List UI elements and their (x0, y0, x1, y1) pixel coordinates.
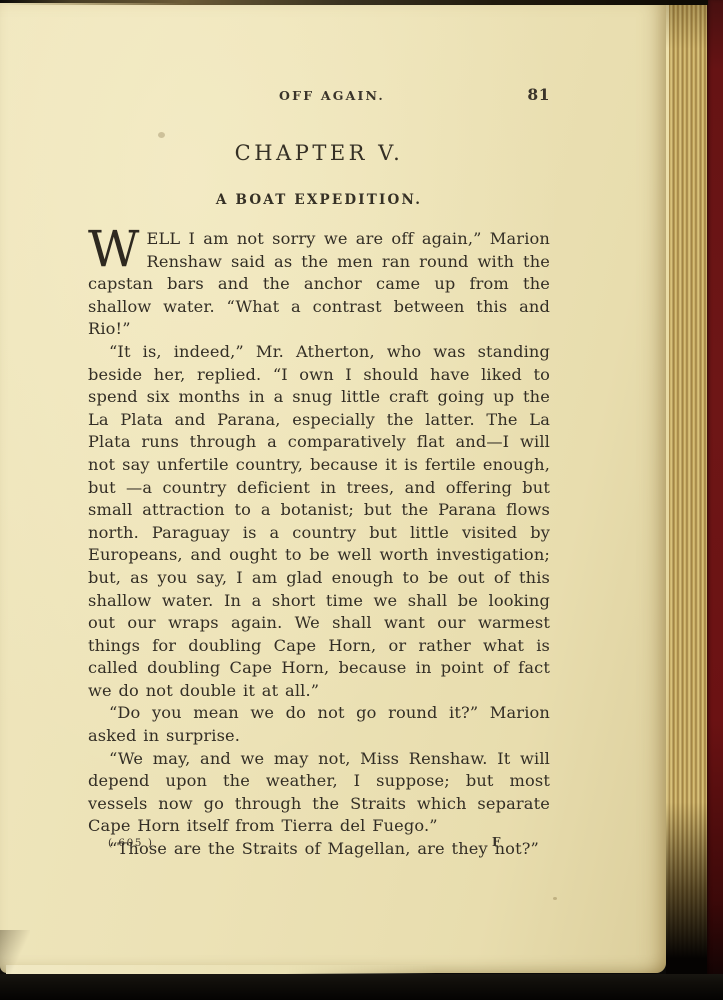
book-photo: OFF AGAIN. 81 CHAPTER V. A BOAT EXPEDITI… (0, 0, 723, 1000)
paragraph-3: “Do you mean we do not go round it?” Mar… (88, 702, 550, 747)
press-mark: ( 605 ) (108, 837, 153, 849)
chapter-heading: CHAPTER V. (88, 141, 550, 165)
book-cover (707, 0, 723, 1000)
fore-edge-pages (666, 0, 707, 978)
book-top-edge (0, 0, 708, 5)
page-corner-shadow (0, 930, 30, 976)
chapter-subheading: A BOAT EXPEDITION. (88, 192, 550, 208)
page-speck (158, 132, 165, 138)
paragraph-1: WELL I am not sorry we are off again,” M… (88, 228, 550, 341)
book-page: OFF AGAIN. 81 CHAPTER V. A BOAT EXPEDITI… (0, 3, 666, 973)
paragraph-1-text: ELL I am not sorry we are off again,” Ma… (88, 229, 550, 338)
running-header: OFF AGAIN. 81 (88, 88, 550, 104)
paragraph-4: “We may, and we may not, Miss Renshaw. I… (88, 748, 550, 838)
body-text: WELL I am not sorry we are off again,” M… (88, 228, 550, 861)
page-speck (263, 851, 266, 854)
page-speck (553, 897, 557, 900)
shelf-shadow (0, 974, 723, 1000)
drop-cap: W (88, 228, 147, 272)
signature-mark: F (492, 835, 501, 849)
running-header-title: OFF AGAIN. (88, 88, 550, 103)
page-number: 81 (527, 85, 550, 104)
paragraph-2: “It is, indeed,” Mr. Atherton, who was s… (88, 341, 550, 703)
page-footer: ( 605 ) F (88, 835, 550, 851)
